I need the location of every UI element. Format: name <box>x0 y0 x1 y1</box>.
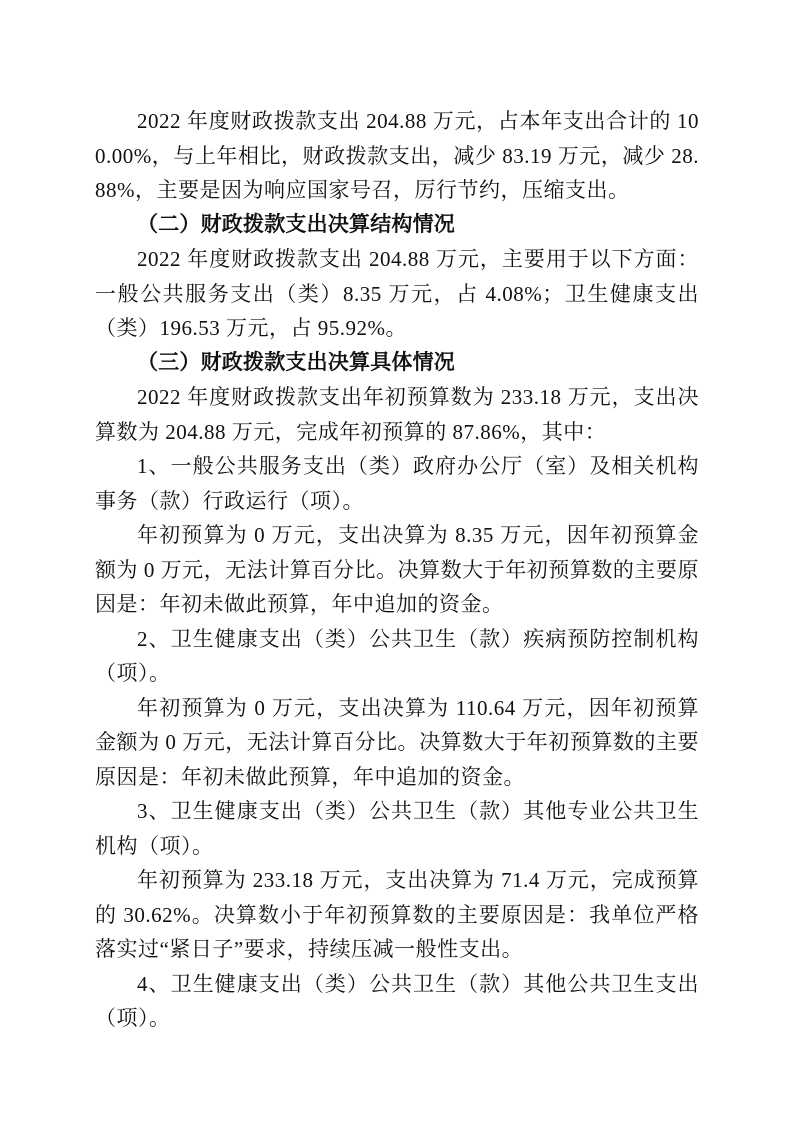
document-page: 2022 年度财政拨款支出 204.88 万元，占本年支出合计的 100.00%… <box>0 0 793 1122</box>
paragraph-expenditure-structure: 2022 年度财政拨款支出 204.88 万元，主要用于以下方面：一般公共服务支… <box>95 242 699 346</box>
paragraph-fiscal-expenditure-summary: 2022 年度财政拨款支出 204.88 万元，占本年支出合计的 100.00%… <box>95 104 699 208</box>
paragraph-item-1-title: 1、一般公共服务支出（类）政府办公厅（室）及相关机构事务（款）行政运行（项）。 <box>95 449 699 518</box>
paragraph-item-3-detail: 年初预算为 233.18 万元，支出决算为 71.4 万元，完成预算的 30.6… <box>95 863 699 967</box>
paragraph-item-3-title: 3、卫生健康支出（类）公共卫生（款）其他专业公共卫生机构（项）。 <box>95 794 699 863</box>
document-text-body: 2022 年度财政拨款支出 204.88 万元，占本年支出合计的 100.00%… <box>95 104 699 1036</box>
paragraph-item-2-detail: 年初预算为 0 万元，支出决算为 110.64 万元，因年初预算金额为 0 万元… <box>95 691 699 795</box>
paragraph-item-1-detail: 年初预算为 0 万元，支出决算为 8.35 万元，因年初预算金额为 0 万元，无… <box>95 518 699 622</box>
paragraph-item-4-title: 4、卫生健康支出（类）公共卫生（款）其他公共卫生支出（项）。 <box>95 967 699 1036</box>
heading-section-2-structure: （二）财政拨款支出决算结构情况 <box>95 208 699 243</box>
paragraph-item-2-title: 2、卫生健康支出（类）公共卫生（款）疾病预防控制机构（项）。 <box>95 622 699 691</box>
heading-section-3-details: （三）财政拨款支出决算具体情况 <box>95 346 699 381</box>
paragraph-budget-vs-final: 2022 年度财政拨款支出年初预算数为 233.18 万元，支出决算数为 204… <box>95 380 699 449</box>
